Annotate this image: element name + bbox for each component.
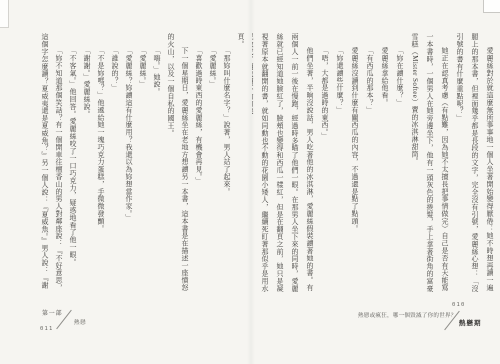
paragraph: 「那妳叫什麼名字？」說著，男人站了起來。 <box>220 33 234 292</box>
part-label: 第一部 <box>42 308 62 317</box>
paragraph: 「誰說的？」 <box>108 33 122 292</box>
paragraph: 「不客氣。」他回答。愛麗絲咬了一口巧克力，疑惑地看了他一眼。 <box>66 33 80 292</box>
page-left-text: 頁。「那妳叫什麼名字？」說著，男人站了起來。「愛麗絲。」「喜歡過時東西的愛麗絲，… <box>36 33 248 292</box>
paragraph: 「不是妳嗎？」他遞給她一塊巧克力蛋糕，手微微發顫。 <box>94 33 108 292</box>
paragraph: 「謝謝。」愛麗絲說。 <box>80 33 94 292</box>
page-number-left: 011 <box>40 326 54 332</box>
section-title-label: 熱戀 <box>74 318 86 326</box>
paragraph: 「有西瓜的那本？」 <box>362 33 377 292</box>
paragraph: 頁。 <box>234 33 248 292</box>
paragraph: 「妳在讀什麼？」 <box>392 33 407 292</box>
paragraph: 「唔，大都是過時的東西。」 <box>317 33 332 292</box>
paragraph: 「喜歡過時東西的愛麗絲，有機會再見。」 <box>192 33 206 292</box>
page-right-text: 愛麗絲對於就這麼無所事事地一個人坐著開始變得厭倦：她不時想再讀一遍腿上的那本書，… <box>252 33 497 292</box>
paragraph: 下一個星期日，愛麗絲坐在老地方想讀另一本書，這本書是在描述一座憤怒的火山，以及一… <box>164 33 192 292</box>
page-number-right: 010 <box>452 302 466 308</box>
paragraph: 「愛麗絲？妳讀這有什麼用？我還以為妳想當作家。」 <box>122 33 136 292</box>
book-page-spread: 愛麗絲對於就這麼無所事事地一個人坐著開始變得厭倦：她不時想再讀一遍腿上的那本書，… <box>0 0 500 364</box>
book-scan-page: { "book": { "title": "熱戀期", "tagline": "… <box>0 0 500 364</box>
paragraph: 她正在認真考慮（有點難，因為她不太擅長把事情做完）自己是否有天能寫一本書時，一個… <box>407 33 452 292</box>
corner-artifact-top-right <box>483 0 500 13</box>
book-title: 熱戀期 <box>459 318 482 327</box>
paragraph: 「妳不知道那個笑話？有一個開車往檀香山的男人對鄰座說：『不好意思，這個字怎麼讀？… <box>36 33 66 292</box>
book-tagline: 熱戀或瘋狂，哪一個毀滅了你的世界？ <box>358 311 457 319</box>
paragraph: 愛麗絲沒讀到什麼有關西瓜的內容，不過還是點了點頭。 <box>347 33 362 292</box>
paragraph: 愛麗絲對於就這麼無所事事地一個人坐著開始變得厭倦：她不時想再讀一遍腿上的那本書，… <box>452 33 497 292</box>
paragraph: 愛麗絲拿給他看。 <box>377 33 392 292</box>
paragraph: 「愛麗絲。」 <box>206 33 220 292</box>
paragraph: 「妳還讀些什麼？」 <box>332 33 347 292</box>
paragraph: 「愛麗絲。」 <box>136 33 150 292</box>
corner-artifact-top-left <box>0 0 9 28</box>
paragraph: 他們坐著，半晌沒說話，男人吃著他的冰淇淋，愛麗絲假裝讀著她的書。有兩個人一前一後… <box>252 33 317 292</box>
paragraph: 「嗨。」她說。 <box>150 33 164 292</box>
